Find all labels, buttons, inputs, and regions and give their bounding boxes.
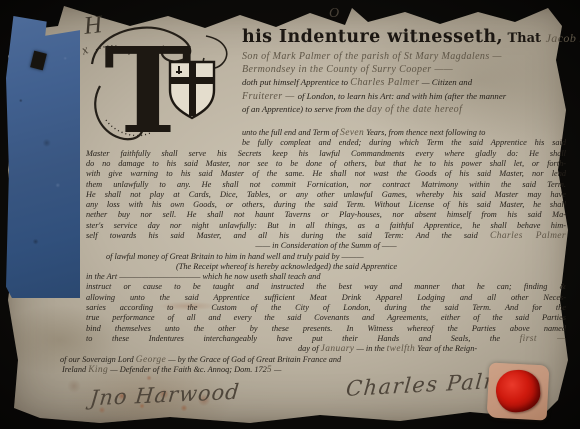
printed-segment: bind themselves unto the other by these … [86, 324, 566, 333]
red-wax-seal [494, 368, 541, 414]
printed-segment: Years, from thence next following to [364, 128, 485, 137]
document-line: ster's service day nor night unlawfully:… [86, 221, 566, 231]
printed-segment: self towards his said Master, and all hi… [86, 231, 490, 240]
document-line: with give warning to his said Master of … [86, 169, 566, 179]
printed-segment: any loss with his own Goods, or others, … [86, 200, 566, 209]
apprentice-name-handwritten: Jacob Palmer [546, 31, 580, 45]
printed-segment: to these Indentures interchangeably have… [86, 334, 520, 343]
printed-segment: unto the full end and Term of [242, 128, 340, 137]
document-line: to these Indentures interchangeably have… [86, 334, 566, 344]
printed-segment: of an Apprentice) to serve from the [242, 104, 367, 114]
heading-that-text: That [503, 31, 546, 46]
heading-blackletter-text: his Indenture witnesseth, [242, 27, 503, 47]
printed-segment: be fully compleat and ended; during whic… [242, 138, 566, 147]
handwritten-segment: Bermondsey in the County of Surry Cooper… [242, 64, 453, 75]
document-line: —— in Consideration of the Summ of —— [86, 241, 566, 251]
handwritten-segment: day of the date hereof [367, 104, 463, 115]
printed-segment: in the Art ——————————— which he now uset… [86, 272, 320, 281]
ornate-initial-block: T [86, 20, 238, 148]
printed-segment: true performance of all and every the sa… [86, 313, 566, 322]
printed-segment: He shall not play at Cards, Dice, Tables… [86, 190, 566, 199]
printed-segment: ster's service day nor night unlawfully:… [86, 221, 566, 230]
handwritten-segment: Fruiterer — [242, 91, 298, 102]
handwritten-segment: King [88, 365, 108, 375]
document-line: them unlawfully to any. He shall not com… [86, 180, 566, 190]
printed-segment: — by the Grace of God of Great Britain F… [166, 355, 341, 364]
printed-segment: allowing unto the said Apprentice suffic… [86, 293, 566, 302]
printed-segment: with give warning to his said Master of … [86, 169, 566, 178]
document-line: bind themselves unto the other by these … [86, 324, 566, 334]
handwritten-segment: first — [520, 334, 566, 344]
printed-segment: — [272, 365, 281, 374]
document-line: of lawful money of Great Britain to him … [86, 252, 566, 262]
document-line: (The Receipt whereof is hereby acknowled… [86, 262, 566, 272]
printed-segment: Master faithfully shall serve his Secret… [86, 149, 566, 158]
ornate-initial-T-illustration: T [86, 20, 238, 148]
printed-segment: day of [298, 344, 321, 353]
strip-hole [30, 51, 47, 71]
handwritten-segment: Son of Mark Palmer of the parish of St M… [242, 51, 502, 62]
document-line: saries according to the Custom of the Ci… [86, 303, 566, 313]
indenture-text-column: T his Indenture witnesseth, That Jacob P… [86, 20, 566, 375]
document-line: true performance of all and every the sa… [86, 313, 566, 323]
printed-segment: instruct or cause to be taught and instr… [86, 282, 566, 291]
document-line: do no damage to his said Master, nor see… [86, 159, 566, 169]
printed-segment: (The Receipt whereof is hereby acknowled… [176, 262, 397, 271]
printed-segment: do no damage to his said Master, nor see… [86, 159, 566, 168]
handwritten-segment: Charles Palmer [490, 231, 566, 241]
printed-segment: them unlawfully to any. He shall not com… [86, 180, 566, 189]
document-line: any loss with his own Goods, or others, … [86, 200, 566, 210]
handwritten-segment: Charles Palmer [350, 77, 419, 88]
photo-of-indenture-document: { "doc": { "marks": { "top_left_letter":… [0, 0, 580, 429]
printed-segment: —— in Consideration of the Summ of —— [255, 241, 396, 250]
printed-segment: — in the [354, 344, 386, 353]
document-line: He shall not play at Cards, Dice, Tables… [86, 190, 566, 200]
document-line: instruct or cause to be taught and instr… [86, 282, 566, 292]
printed-segment: — Defender of the Faith &c. Annoq; Dom. … [108, 365, 267, 374]
document-line: of our Soveraign Lord George — by the Gr… [60, 355, 566, 365]
handwritten-segment: Seven [340, 128, 364, 138]
printed-segment: Year of the Reign- [415, 344, 477, 353]
handwritten-segment: George [136, 355, 166, 365]
document-line: self towards his said Master, and all hi… [86, 231, 566, 241]
printed-segment: of our Soveraign Lord [60, 355, 136, 364]
seal-backing-patch [487, 362, 550, 420]
printed-segment: Ireland [62, 365, 88, 374]
printed-segment: doth put himself Apprentice to [242, 77, 350, 87]
printed-segment: saries according to the Custom of the Ci… [86, 303, 566, 312]
blue-binding-strip [6, 16, 80, 298]
handwritten-segment: January [321, 344, 355, 354]
printed-segment: of London, to learn his Art: and with hi… [298, 91, 507, 101]
document-line: Master faithfully shall serve his Secret… [86, 149, 566, 159]
document-line: day of January — in the twelfth Year of … [86, 344, 566, 354]
printed-segment: nether buy nor sell. He shall not haunt … [86, 210, 566, 219]
document-line: nether buy nor sell. He shall not haunt … [86, 210, 566, 220]
handwritten-segment: twelfth [387, 344, 416, 354]
document-line: allowing unto the said Apprentice suffic… [86, 293, 566, 303]
printed-segment: of lawful money of Great Britain to him … [106, 252, 364, 261]
document-line: in the Art ——————————— which he now uset… [86, 272, 566, 282]
printed-segment: — Citizen and [420, 77, 473, 87]
